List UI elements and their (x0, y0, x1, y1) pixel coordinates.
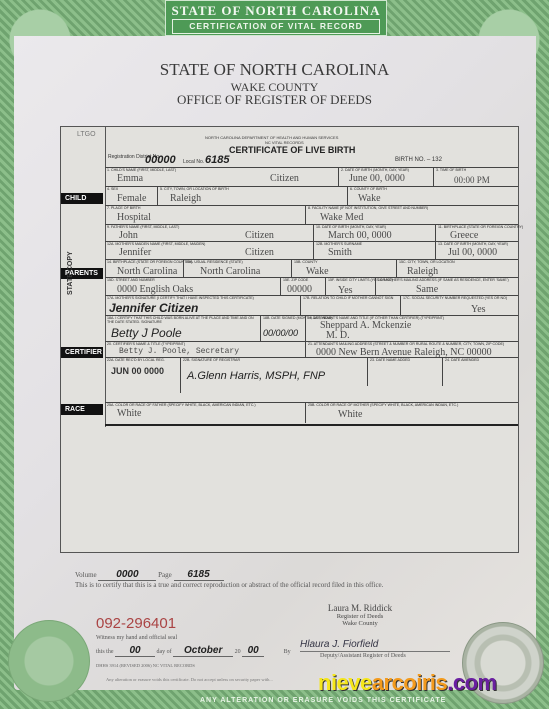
form-grid: NORTH CAROLINA DEPARTMENT OF HEALTH AND … (105, 127, 518, 427)
street-address: 0000 English Oaks (117, 284, 193, 295)
ssn-requested: Yes (471, 304, 486, 315)
row-mother-signature: 17a. MOTHER'S SIGNATURE (I certify that … (105, 295, 518, 316)
mother-dob: Jul 00, 0000 (448, 247, 497, 258)
district-number: 00000 (145, 154, 176, 166)
child-sex: Female (117, 193, 146, 204)
father-race: White (117, 408, 141, 419)
local-number: 6185 (205, 154, 229, 166)
father-first-name: John (119, 230, 138, 241)
header-office: OFFICE OF REGISTER OF DEEDS (0, 92, 549, 108)
deputy-title: Deputy/Assistant Register of Deeds (320, 653, 406, 659)
register-of-deeds-block: Laura M. Riddick Register of Deeds Wake … (300, 603, 420, 627)
local-no-label: Local No. (183, 159, 204, 165)
certificate-title: CERTIFICATE OF LIVE BIRTH (229, 145, 355, 155)
register-title: Register of Deeds (300, 613, 420, 620)
birth-number: BIRTH NO. – 132 (395, 157, 442, 163)
place-of-birth: Hospital (117, 212, 151, 223)
mother-signature: Jennifer Citizen (109, 301, 198, 315)
row-father: 9. FATHER'S NAME (First, Middle, Last) J… (105, 224, 518, 242)
mother-race: White (338, 409, 362, 420)
page-number: 6185 (174, 569, 224, 581)
row-race: 25a. COLOR OR RACE OF FATHER (Specify Wh… (105, 402, 518, 423)
witness-text: Witness my hand and official seal (96, 635, 177, 641)
row-residence: 14. BIRTHPLACE (State or foreign country… (105, 259, 518, 278)
deputy-signature: Hlaura J. Fiorfield (300, 639, 450, 652)
birth-city: Raleigh (170, 193, 201, 204)
registrar-signature: A.Glenn Harris, MSPH, FNP (187, 370, 325, 382)
witness-month: October (173, 645, 233, 657)
banner-subtitle: CERTIFICATION OF VITAL RECORD (172, 19, 380, 34)
birth-certificate-form: LTGO CHILD PARENTS STATE COPY CERTIFIER … (60, 126, 519, 553)
facility-name: Wake Med (320, 212, 363, 223)
child-time-of-birth: 00:00 PM (454, 175, 490, 185)
row-street: 15d. STREET AND NUMBER 0000 English Oaks… (105, 277, 518, 296)
row-child-location: 4. SEX Female 5. CITY, TOWN, OR LOCATION… (105, 186, 518, 206)
child-first-name: Emma (117, 173, 143, 184)
volume-number: 0000 (98, 569, 156, 581)
row-child-name: 1. CHILD'S NAME (First, Middle, Last) Em… (105, 167, 518, 187)
register-county: Wake County (300, 620, 420, 627)
residence-state: North Carolina (200, 266, 260, 277)
certifier-signature: Betty J Poole (111, 326, 182, 340)
father-dob: March 00, 0000 (328, 230, 392, 241)
father-birthplace: Greece (450, 230, 478, 241)
section-label-child: CHILD (61, 193, 103, 204)
attendant-title: M. D. (326, 330, 350, 341)
section-label-certifier: CERTIFIER (61, 347, 103, 358)
section-label-race: RACE (61, 404, 103, 415)
certification-statement: This is to certify that this is a true a… (75, 581, 383, 589)
witness-day: 00 (115, 645, 155, 657)
state-copy-label: STATE COPY (67, 251, 74, 295)
residence-city: Raleigh (407, 266, 438, 277)
form-bottom-rule (105, 424, 518, 426)
mother-surname: Smith (328, 247, 352, 258)
row-registrar: 22a. DATE REC'D BY LOCAL REG. JUN 00 000… (105, 357, 518, 393)
row-certifier: 18a. I certify that this child was born … (105, 315, 518, 342)
banner-title: STATE OF NORTH CAROLINA (166, 3, 386, 19)
row-certifier-name: 20. CERTIFIER'S NAME & TITLE (Type/Print… (105, 341, 518, 358)
mother-birthplace: North Carolina (117, 266, 177, 277)
alteration-warning: Any alteration or erasure voids this cer… (106, 677, 273, 682)
date-line: this the 00 day of October 20 00 By (96, 645, 291, 657)
certifier-name: Betty J. Poole, Secretary (119, 347, 239, 356)
father-last-name: Citizen (245, 230, 274, 241)
row-mother: 12a. MOTHER'S MAIDEN NAME (First, Middle… (105, 241, 518, 260)
decorative-seal-left (8, 620, 90, 702)
register-name: Laura M. Riddick (300, 603, 420, 613)
row-place-of-birth: 7. PLACE OF BIRTH Hospital 8. FACILITY N… (105, 205, 518, 225)
footer-warning: ANY ALTERATION OR ERASURE VOIDS THIS CER… (200, 697, 446, 704)
watermark: nievearcoiris.com (318, 670, 497, 696)
mailing-address: Same (416, 284, 438, 295)
corner-code: LTGO (77, 131, 96, 138)
mother-last-name: Citizen (245, 247, 274, 258)
child-dob: June 00, 0000 (349, 173, 405, 184)
child-last-name: Citizen (270, 173, 299, 184)
top-banner: STATE OF NORTH CAROLINA CERTIFICATION OF… (165, 0, 387, 36)
mother-first-name: Jennifer (119, 247, 151, 258)
volume-page-line: Volume 0000 Page 6185 (75, 569, 224, 581)
date-received: JUN 00 0000 (111, 366, 164, 376)
serial-number: 092-296401 (96, 615, 176, 632)
zip-code: 00000 (287, 284, 312, 295)
birth-county: Wake (358, 193, 381, 204)
form-identifier: DHHS 3914 (REVISED 2006) NC VITAL RECORD… (96, 663, 195, 668)
date-signed: 00/00/00 (263, 328, 298, 338)
residence-county: Wake (306, 266, 329, 277)
header-state: STATE OF NORTH CAROLINA (0, 60, 549, 80)
witness-year: 00 (242, 645, 264, 657)
